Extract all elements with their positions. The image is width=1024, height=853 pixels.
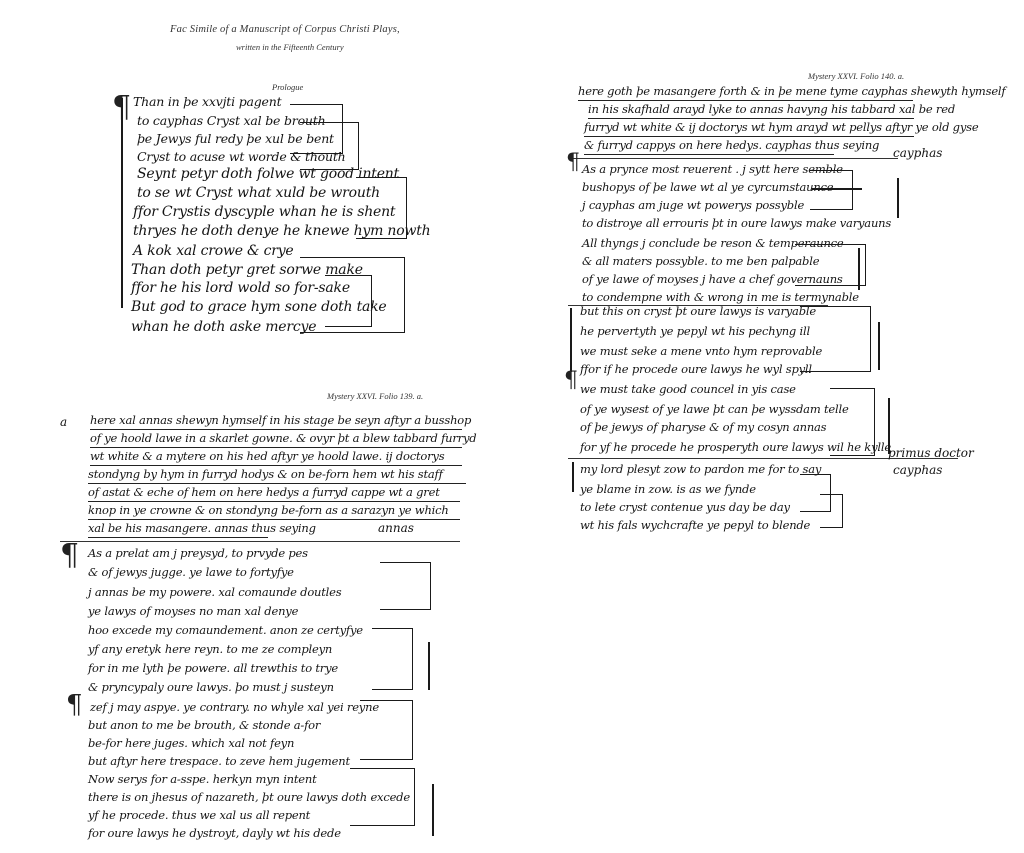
rhyme-bracket (800, 306, 871, 372)
rhyme-line (812, 188, 862, 190)
speech-line: ye lawys of moyses no man xal denye (88, 604, 298, 618)
speech-line: but this on cryst þt oure lawys is varya… (580, 304, 816, 318)
rhyme-bracket (325, 275, 372, 327)
document-title: Fac Simile of a Manuscript of Corpus Chr… (170, 24, 400, 35)
margin-stroke (121, 98, 123, 308)
speech-line: zef j may aspye. ye contrary. no whyle x… (90, 700, 379, 714)
prologue-line: Than in þe xxvjti pagent (133, 94, 281, 109)
speech-line: & of jewys jugge. ye lawe to fortyfye (88, 565, 294, 579)
speaker-primus-doctor: primus doctor (888, 446, 974, 460)
stage-direction-line: of ye hoold lawe in a skarlet gowne. & o… (90, 431, 476, 445)
speech-line: for in me lyth þe powere. all trewthis t… (88, 661, 338, 675)
prologue-line: A kok xal crowe & crye (133, 243, 294, 259)
stage-direction-line: furryd wt white & ij doctorys wt hym ara… (584, 120, 978, 134)
speech-line: wt his fals wychcrafte ye pepyl to blend… (580, 518, 810, 532)
speech-line: hoo excede my comaundement. anon ze cert… (88, 623, 363, 637)
rhyme-bracket (795, 244, 866, 286)
speaker-annas: annas (378, 521, 414, 535)
rhyme-bracket-stroke (878, 322, 880, 370)
rhyme-bracket-stroke (897, 178, 899, 218)
paragraph-mark-icon: ¶ (566, 150, 580, 175)
speech-line: for oure lawys he dystroyt, dayly wt his… (88, 826, 341, 840)
section-rule (60, 541, 460, 542)
rhyme-bracket (820, 494, 843, 528)
folio-139-label: Mystery XXVI. Folio 139. a. (327, 391, 423, 401)
stage-direction-line: here goth þe masangere forth & in þe men… (578, 84, 1005, 98)
rhyme-bracket-stroke (432, 784, 434, 836)
rhyme-bracket (360, 700, 413, 760)
underline (90, 447, 462, 448)
paragraph-mark-icon: ¶ (60, 538, 79, 573)
margin-stroke (570, 308, 572, 372)
speech-line: to condempne with & wrong in me is termy… (582, 290, 859, 304)
stage-direction-line: stondyng by hym in furryd hodys & on be-… (88, 467, 443, 481)
speech-line: ffor if he procede oure lawys he wyl spy… (580, 362, 812, 376)
speaker-annotation: cayphas (893, 463, 942, 477)
speech-line: yf any eretyk here reyn. to me ze comple… (88, 642, 332, 656)
prologue-label: Prologue (272, 82, 303, 92)
rhyme-bracket (810, 170, 853, 210)
rhyme-bracket (380, 562, 431, 610)
speaker-cayphas: cayphas (893, 146, 942, 160)
rhyme-bracket (300, 122, 359, 170)
speech-line: to lete cryst contenue yus day be day (580, 500, 790, 514)
speech-line: bushopys of þe lawe wt al ye cyrcumstaun… (582, 180, 833, 194)
speech-line: Now serys for a-sspe. herkyn myn intent (88, 772, 317, 786)
section-rule (568, 158, 898, 159)
stage-direction-line: wt white & a mytere on his hed aftyr ye … (90, 449, 444, 463)
underline (584, 154, 834, 155)
speech-line: j annas be my powere. xal comaunde doutl… (88, 585, 341, 599)
underline (588, 118, 914, 119)
stage-direction-line: of astat & eche of hem on here hedys a f… (88, 485, 440, 499)
speech-line: j cayphas am juge wt powerys possyble (582, 198, 804, 212)
speech-line: & pryncypaly oure lawys. þo must j suste… (88, 680, 334, 694)
rhyme-bracket (356, 177, 407, 239)
speech-line: but anon to me be brouth, & stonde a-for (88, 718, 320, 732)
stage-direction-line: in his skafhald arayd lyke to annas havy… (588, 102, 955, 116)
prologue-line: to se wt Cryst what xuld be wrouth (137, 185, 380, 201)
speech-line: yf he procede. thus we xal us all repent (88, 808, 310, 822)
rhyme-bracket (830, 388, 875, 456)
speech-line: my lord plesyt zow to pardon me for to s… (580, 462, 821, 476)
speech-line: to distroye all errouris þt in oure lawy… (582, 216, 891, 230)
rhyme-bracket (350, 768, 415, 826)
stage-direction-line: xal be his masangere. annas thus seying (88, 521, 316, 535)
speech-line: As a prelat am j preysyd, to prvyde pes (88, 546, 308, 560)
rhyme-bracket-stroke (428, 642, 430, 690)
underline (88, 483, 466, 484)
paragraph-mark-icon: ¶ (66, 690, 83, 720)
stage-direction-line: here xal annas shewyn hymself in his sta… (90, 413, 471, 427)
speech-line: be-for here juges. which xal not feyn (88, 736, 294, 750)
underline (88, 519, 460, 520)
document-subtitle: written in the Fifteenth Century (236, 42, 344, 52)
rhyme-bracket-stroke (858, 248, 860, 290)
speech-line: but aftyr here trespace. to zeve hem jug… (88, 754, 350, 768)
underline (584, 136, 914, 137)
speech-line: As a prynce most reuerent . j sytt here … (582, 162, 843, 176)
underline (88, 537, 268, 538)
underline (88, 501, 460, 502)
folio-140-label: Mystery XXVI. Folio 140. a. (808, 71, 904, 81)
paragraph-mark-icon: ¶ (564, 368, 578, 393)
speech-line: we must seke a mene vnto hym reprovable (580, 344, 822, 358)
speech-line: of þe jewys of pharyse & of my cosyn ann… (580, 420, 826, 434)
speech-line: of ye wysest of ye lawe þt can þe wyssda… (580, 402, 849, 416)
underline (578, 100, 913, 101)
stage-direction-line: knop in ye crowne & on stondyng be-forn … (88, 503, 449, 517)
stage-direction-line: & furryd cappys on here hedys. cayphas t… (584, 138, 879, 152)
speech-line: he pervertyth ye pepyl wt his pechyng il… (580, 324, 810, 338)
underline (90, 429, 462, 430)
underline (90, 465, 462, 466)
speech-line: ye blame in zow. is as we fynde (580, 482, 756, 496)
speech-line: we must take good councel in yis case (580, 382, 796, 396)
rhyme-bracket (372, 628, 413, 690)
speech-line: & all maters possyble. to me ben palpabl… (582, 254, 819, 268)
margin-mark: a (60, 415, 67, 429)
margin-stroke (572, 462, 574, 492)
prologue-line: whan he doth aske mercye (131, 319, 316, 335)
